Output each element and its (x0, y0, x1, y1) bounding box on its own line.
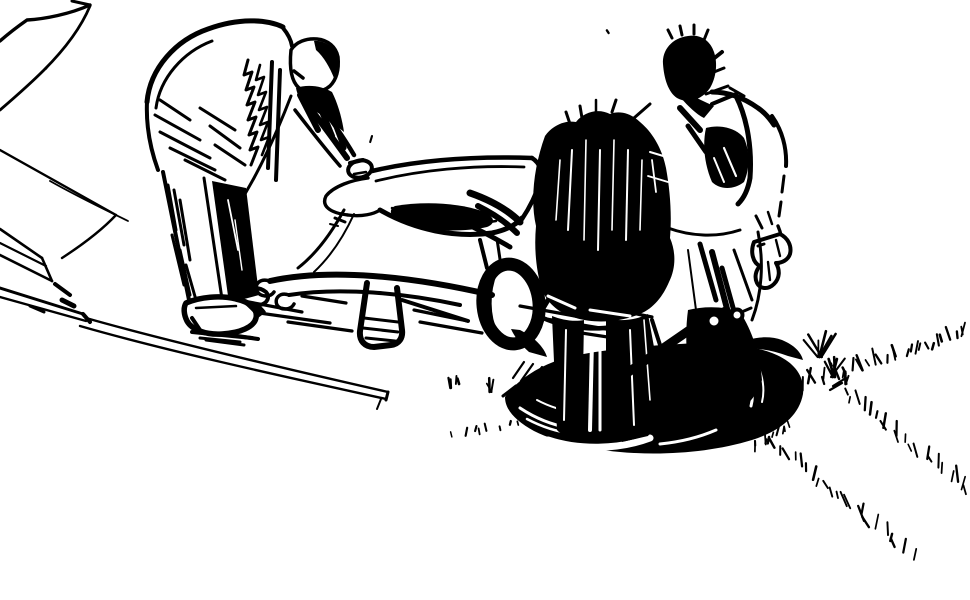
hatch-tick (475, 426, 476, 431)
plank-stack (0, 229, 90, 322)
hatch-tick (855, 390, 859, 404)
hatch-tick (942, 463, 943, 473)
hatch-tick (940, 335, 942, 342)
hatch-tick (466, 428, 468, 436)
hatch-tick (830, 488, 833, 497)
hatch-tick (801, 453, 802, 466)
hatch-tick (831, 364, 832, 376)
hatch-tick (872, 349, 875, 365)
hatch-tick (903, 539, 906, 553)
hatch-tick (456, 376, 457, 384)
hatch-tick (866, 360, 870, 366)
hatch-tick (485, 424, 487, 431)
hatch-tick (788, 421, 790, 427)
hatch-tick (908, 444, 911, 451)
hatch-tick (865, 397, 866, 410)
hatch-tick (875, 515, 878, 529)
hatch-tick (823, 368, 824, 379)
hatch-tick (837, 492, 838, 498)
ink-sketch-stage: Ink sketch: two workers digging a pit wi… (0, 0, 970, 600)
hatch-tick (963, 485, 966, 494)
hatch-tick (451, 432, 452, 437)
hatch-tick (853, 358, 854, 370)
hatch-tick (510, 421, 511, 425)
trail-lower (753, 420, 917, 560)
trail-middle (830, 378, 966, 494)
wheelbarrow (256, 158, 547, 357)
wheelbarrow-tray (298, 158, 541, 272)
hatch-tick (816, 479, 818, 487)
hatch-tick (491, 380, 493, 392)
worker-back-line (147, 21, 283, 102)
hatch-tick (458, 379, 460, 384)
hatch-tick (607, 30, 609, 33)
hatch-tick (783, 448, 789, 459)
hatch-tick (772, 432, 773, 437)
hatch-tick (794, 376, 795, 392)
hatch-tick (845, 388, 848, 394)
hatch-tick (907, 349, 909, 356)
hatch-tick (370, 136, 372, 142)
spade-grip-ring-2 (732, 310, 743, 321)
hatch-tick (892, 345, 896, 356)
hatch-tick (914, 549, 916, 560)
hatch-tick (887, 522, 888, 535)
hatch-tick (862, 517, 869, 527)
worker-head (663, 36, 716, 101)
hatch-tick (849, 397, 850, 403)
hatch-tick (925, 343, 928, 349)
hatch-tick (946, 327, 950, 340)
ink-sketch-canvas: Ink sketch: two workers digging a pit wi… (0, 0, 970, 600)
hatch-tick (952, 471, 954, 481)
hatch-tick (919, 343, 921, 350)
worker-chest-shading (704, 126, 748, 188)
spade-grip-ring (708, 315, 721, 328)
hatch-tick (957, 331, 958, 338)
leaning-boards-lines (0, 1, 90, 110)
wheelbarrow-handles (256, 275, 492, 309)
hatch-tick (517, 421, 518, 425)
hatch-tick (891, 538, 895, 547)
hatch-tick (870, 402, 872, 414)
hatch-tick (784, 427, 785, 431)
hatch-tick (911, 345, 912, 352)
worker-waist-line (668, 228, 740, 235)
hatch-tick (823, 481, 828, 488)
hatch-tick (769, 439, 774, 448)
hatch-tick (862, 504, 864, 514)
hatch-tick (932, 343, 934, 349)
hatch-tick (956, 466, 958, 482)
grass-row-left (451, 421, 519, 437)
worker-glove (752, 234, 790, 288)
hatch-tick (928, 456, 931, 462)
hatch-tick (937, 334, 939, 345)
hatch-tick (765, 435, 766, 445)
hatch-tick (914, 444, 918, 457)
hatch-tick (876, 355, 882, 364)
hatch-tick (813, 466, 816, 479)
hatch-tick (916, 341, 918, 354)
hatch-tick (479, 428, 480, 434)
hatch-tick (500, 426, 501, 430)
hatch-tick (876, 411, 877, 418)
